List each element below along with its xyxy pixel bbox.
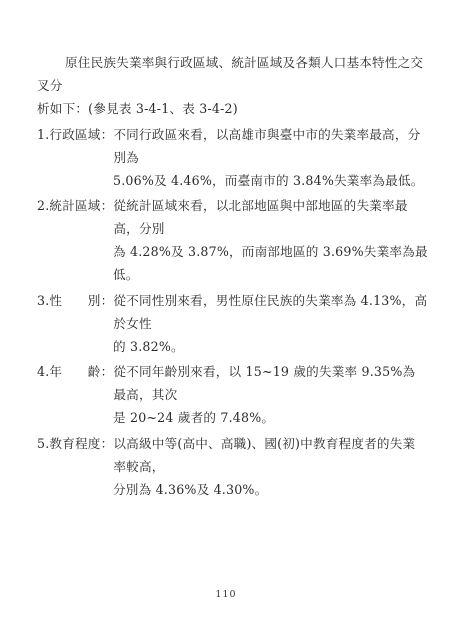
item-text-continuation: 5.06%及 4.46%，而臺南市的 3.84%失業率為最低。 xyxy=(37,169,428,192)
list-item-statistical-region: 2. 統計區域： 從統計區域來看，以北部地區與中部地區的失業率最高，分別 為 4… xyxy=(37,194,428,286)
item-line: 5. 教育程度： 以高級中等(高中、高職)、國(初)中教育程度者的失業率較高， xyxy=(37,432,428,478)
item-text: 不同行政區來看，以高雄市與臺中市的失業率最高，分別為 xyxy=(113,123,428,169)
intro-paragraph: 原住民族失業率與行政區域、統計區域及各類人口基本特性之交叉分 析如下：(參見表 … xyxy=(37,51,428,120)
item-number: 3. xyxy=(37,289,49,312)
item-text: 從不同性別來看，男性原住民族的失業率為 4.13%，高於女性 xyxy=(113,289,428,335)
list-item-administrative-region: 1. 行政區域： 不同行政區來看，以高雄市與臺中市的失業率最高，分別為 5.06… xyxy=(37,123,428,192)
item-text: 以高級中等(高中、高職)、國(初)中教育程度者的失業率較高， xyxy=(113,432,428,478)
item-text-continuation: 分別為 4.36%及 4.30%。 xyxy=(37,478,428,501)
page-content: 原住民族失業率與行政區域、統計區域及各類人口基本特性之交叉分 析如下：(參見表 … xyxy=(37,51,428,501)
list-item-age: 4. 年 齡： 從不同年齡別來看，以 15~19 歲的失業率 9.35%為最高，… xyxy=(37,360,428,429)
item-line: 2. 統計區域： 從統計區域來看，以北部地區與中部地區的失業率最高，分別 xyxy=(37,194,428,240)
item-text-continuation: 為 4.28%及 3.87%，而南部地區的 3.69%失業率為最低。 xyxy=(37,240,428,286)
item-number: 1. xyxy=(37,123,49,146)
item-number: 4. xyxy=(37,360,49,383)
item-text: 從不同年齡別來看，以 15~19 歲的失業率 9.35%為最高，其次 xyxy=(113,360,428,406)
item-label: 行政區域： xyxy=(49,123,113,146)
list-item-gender: 3. 性 別： 從不同性別來看，男性原住民族的失業率為 4.13%，高於女性 的… xyxy=(37,289,428,358)
item-text-continuation: 的 3.82%。 xyxy=(37,335,428,358)
intro-line-2: 析如下：(參見表 3-4-1、表 3-4-2) xyxy=(37,97,428,120)
item-line: 3. 性 別： 從不同性別來看，男性原住民族的失業率為 4.13%，高於女性 xyxy=(37,289,428,335)
item-number: 2. xyxy=(37,194,49,217)
item-text: 從統計區域來看，以北部地區與中部地區的失業率最高，分別 xyxy=(113,194,428,240)
item-text-continuation: 是 20~24 歲者的 7.48%。 xyxy=(37,406,428,429)
item-label: 年 齡： xyxy=(49,360,113,383)
item-label: 性 別： xyxy=(49,289,113,312)
intro-line-1: 原住民族失業率與行政區域、統計區域及各類人口基本特性之交叉分 xyxy=(37,51,428,97)
item-number: 5. xyxy=(37,432,49,455)
list-item-education-level: 5. 教育程度： 以高級中等(高中、高職)、國(初)中教育程度者的失業率較高， … xyxy=(37,432,428,501)
item-label: 教育程度： xyxy=(49,432,113,455)
document-page: 原住民族失業率與行政區域、統計區域及各類人口基本特性之交叉分 析如下：(參見表 … xyxy=(0,0,452,640)
item-label: 統計區域： xyxy=(49,194,113,217)
page-number: 110 xyxy=(0,589,452,600)
item-line: 1. 行政區域： 不同行政區來看，以高雄市與臺中市的失業率最高，分別為 xyxy=(37,123,428,169)
item-line: 4. 年 齡： 從不同年齡別來看，以 15~19 歲的失業率 9.35%為最高，… xyxy=(37,360,428,406)
